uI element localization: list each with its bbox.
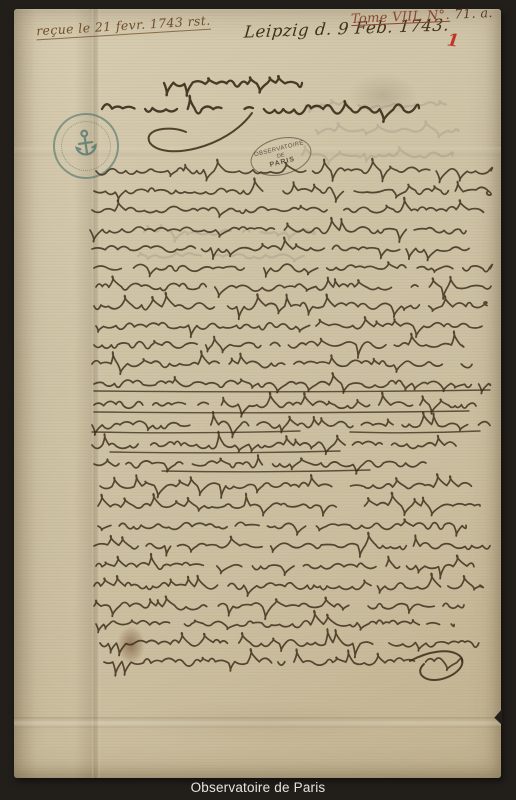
handwriting-text	[14, 9, 501, 778]
caption-bar: Observatoire de Paris	[0, 777, 516, 799]
photo-viewer: reçue le 21 fevr. 1743 rst. Leipzig d. 9…	[0, 0, 516, 800]
manuscript-page: reçue le 21 fevr. 1743 rst. Leipzig d. 9…	[14, 9, 501, 778]
